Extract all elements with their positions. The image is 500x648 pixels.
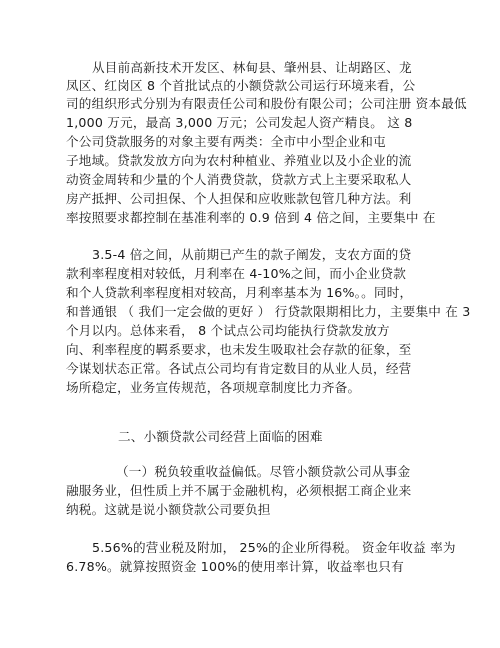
text-line: 纳税。这就是说小额贷款公司要负担 (66, 501, 271, 519)
text-line: 司的组织形式分别为有限责任公司和股份有限公司；公司注册 资本最低 (66, 95, 467, 113)
text-line: 和个人贷款利率程度相对较高，月利率基本为 16%。。同时， (66, 284, 412, 302)
text-line: 动资金周转和少量的个人消费贷款，贷款方式上主要采取私人 (66, 171, 411, 189)
text-line: 场所稳定，业务宣传规范，各项规章制度比力齐备。 (66, 379, 360, 397)
text-line: 融服务业，但性质上并不属于金融机构，必须根据工商企业来 (66, 482, 411, 500)
text-line: 和普通银 （ 我们一定会做的更好 ） 行贷款限期相比力，主要集中 在 3 (66, 303, 470, 321)
text-line: 个月以内。总体来看， 8 个试点公司均能执行贷款发放方 (66, 322, 390, 340)
text-line: 6.78%。就算按照资金 100%的使用率计算，收益率也只有 (66, 558, 404, 576)
text-line: 5.56%的营业税及附加， 25%的企业所得税。 资金年收益 率为 (92, 539, 456, 557)
text-line: 率按照要求都控制在基准利率的 0.9 倍到 4 倍之间，主要集中 在 (66, 209, 436, 227)
text-line: 3.5-4 倍之间，从前期已产生的款子阐发，支农方面的贷 (92, 246, 411, 264)
text-line: 个公司贷款服务的对象主要有两类：全市中小型企业和屯 (66, 133, 386, 151)
document-page: 从目前高新技术开发区、林甸县、肇州县、让胡路区、龙 凤区、红岗区 8 个首批试点… (0, 0, 500, 648)
text-line: 1,000 万元，最高 3,000 万元；公司发起人资产精良。 这 8 (66, 114, 412, 132)
text-line: 今谋划状态正常。各试点公司均有肯定数目的从业人员，经营 (66, 360, 411, 378)
text-line: 从目前高新技术开发区、林甸县、肇州县、让胡路区、龙 (92, 59, 412, 77)
text-line: （一）税负较重收益偏低。尽管小额贷款公司从事金 (116, 463, 410, 481)
text-line: 款利率程度相对较低，月利率在 4-10%之间，而小企业贷款 (66, 265, 406, 283)
text-line: 房产抵押、公司担保、个人担保和应收账款包管几种方法。利 (66, 190, 411, 208)
section-heading: 二、小额贷款公司经营上面临的困难 (118, 428, 323, 446)
text-line: 凤区、红岗区 8 个首批试点的小额贷款公司运行环境来看，公 (66, 77, 415, 95)
text-line: 向、利率程度的羁系要求，也未发生吸取社会存款的征象，至 (66, 341, 411, 359)
text-line: 子地域。贷款发放方向为农村种植业、养殖业以及小企业的流 (66, 152, 411, 170)
